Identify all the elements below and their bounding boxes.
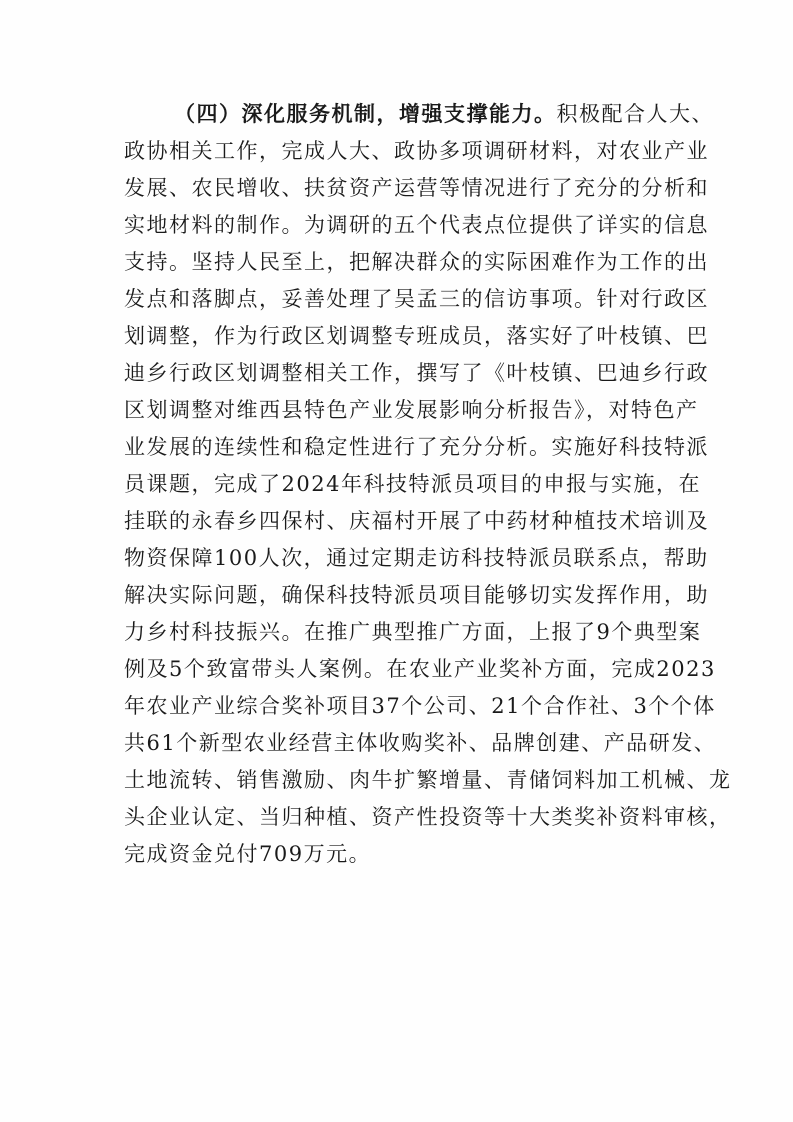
paragraph-line-6: 发点和落脚点，妥善处理了吴孟三的信访事项。针对行政区 [124,281,680,318]
paragraph-line-19: 土地流转、销售激励、肉牛扩繁增量、青储饲料加工机械、龙 [124,762,680,799]
paragraph-line-10: 业发展的连续性和稳定性进行了充分分析。实施好科技特派 [124,429,680,466]
paragraph-line-12: 挂联的永春乡四保村、庆福村开展了中药材种植技术培训及 [124,503,680,540]
paragraph-line-16: 例及5个致富带头人案例。在农业产业奖补方面，完成2023 [124,651,680,688]
paragraph-line-9: 区划调整对维西县特色产业发展影响分析报告》，对特色产 [124,392,680,429]
paragraph-line-17: 年农业产业综合奖补项目37个公司、21个合作社、3个个体 [124,688,680,725]
paragraph-line-14: 解决实际问题，确保科技特派员项目能够切实发挥作用，助 [124,577,680,614]
paragraph-line-2: 政协相关工作，完成人大、政协多项调研材料，对农业产业 [124,133,680,170]
paragraph-line-7: 划调整，作为行政区划调整专班成员，落实好了叶枝镇、巴 [124,318,680,355]
paragraph-section-4: （四）深化服务机制，增强支撑能力。积极配合人大、 政协相关工作，完成人大、政协多… [124,96,680,873]
paragraph-line-8: 迪乡行政区划调整相关工作，撰写了《叶枝镇、巴迪乡行政 [124,355,680,392]
paragraph-line-4: 实地材料的制作。为调研的五个代表点位提供了详实的信息 [124,207,680,244]
paragraph-line-13: 物资保障100人次，通过定期走访科技特派员联系点，帮助 [124,540,680,577]
paragraph-line-5: 支持。坚持人民至上，把解决群众的实际困难作为工作的出 [124,244,680,281]
paragraph-line-3: 发展、农民增收、扶贫资产运营等情况进行了充分的分析和 [124,170,680,207]
line-text: 积极配合人大、 [557,102,715,126]
paragraph-line-11: 员课题，完成了2024年科技特派员项目的申报与实施，在 [124,466,680,503]
paragraph-line-15: 力乡村科技振兴。在推广典型推广方面，上报了9个典型案 [124,614,680,651]
paragraph-line-21: 完成资金兑付709万元。 [124,836,680,873]
document-page: （四）深化服务机制，增强支撑能力。积极配合人大、 政协相关工作，完成人大、政协多… [0,0,793,1122]
paragraph-line-18: 共61个新型农业经营主体收购奖补、品牌创建、产品研发、 [124,725,680,762]
paragraph-line-1: （四）深化服务机制，增强支撑能力。积极配合人大、 [124,96,680,133]
paragraph-line-20: 头企业认定、当归种植、资产性投资等十大类奖补资料审核， [124,799,680,836]
section-heading: （四）深化服务机制，增强支撑能力。 [174,102,557,126]
